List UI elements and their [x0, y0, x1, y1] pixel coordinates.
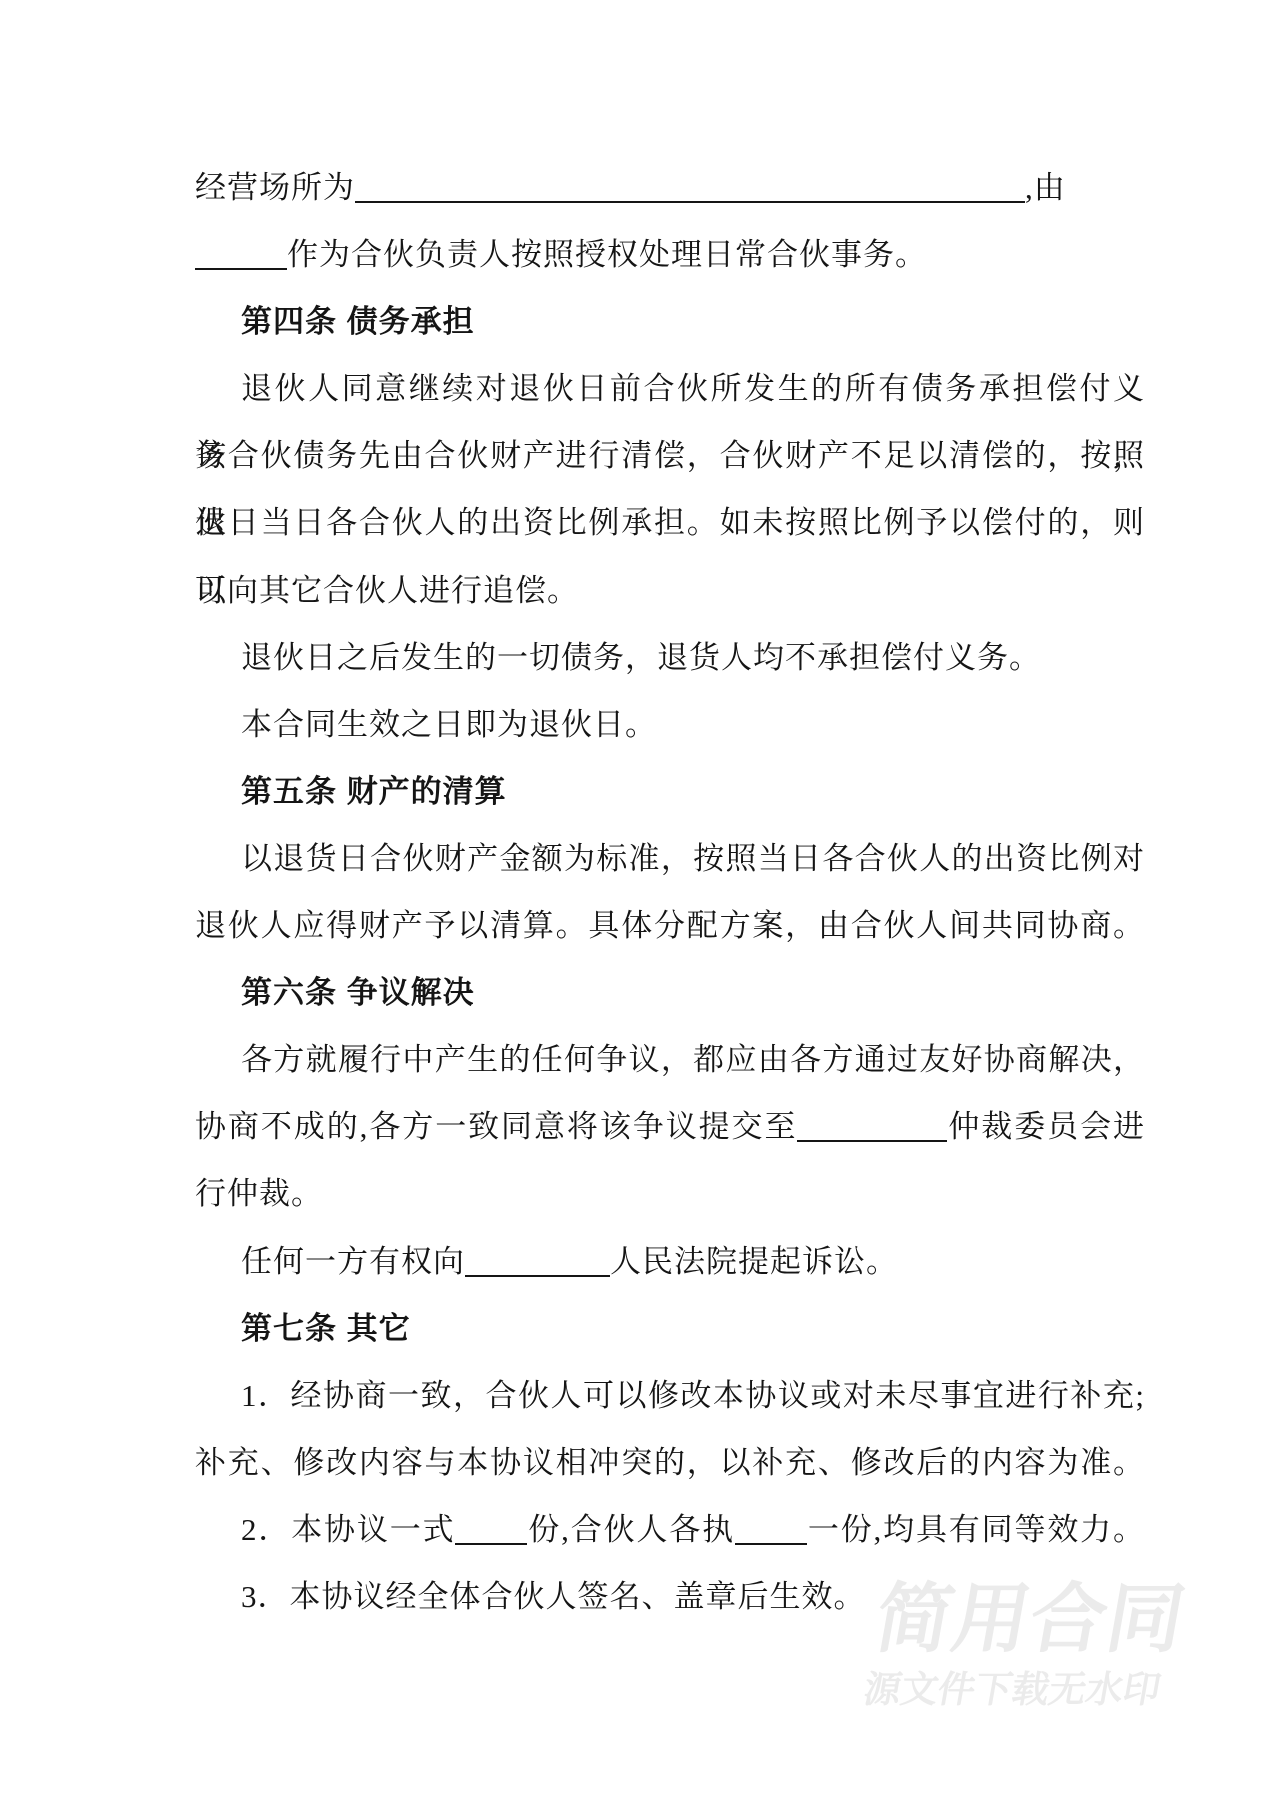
article4-para1-line4: 以向其它合伙人进行追偿。: [195, 557, 1145, 624]
contract-body: 经营场所为,由 作为合伙负责人按照授权处理日常合伙事务。 第四条 债务承担 退伙…: [195, 154, 1145, 1630]
arbitration-blank-field: [797, 1134, 947, 1142]
article7-item1-line1: 1．经协商一致，合伙人可以修改本协议或对未尽事宜进行补充;: [195, 1362, 1145, 1429]
article6-para2: 任何一方有权向人民法院提起诉讼。: [195, 1228, 1145, 1295]
copies-blank-field: [455, 1537, 527, 1545]
line-business-premises: 经营场所为,由: [195, 154, 1145, 221]
premises-label: 经营场所为: [195, 170, 355, 205]
manager-text: 作为合伙负责人按照授权处理日常合伙事务。: [287, 237, 927, 272]
article7-item1-line2: 补充、修改内容与本协议相冲突的，以补充、修改后的内容为准。: [195, 1429, 1145, 1496]
premises-suffix: ,由: [1025, 170, 1066, 205]
article4-para1-line3: 伙日当日各合伙人的出资比例承担。如未按照比例予以偿付的，则可: [195, 489, 1145, 556]
each-holds-blank-field: [735, 1537, 807, 1545]
court-blank-field: [465, 1268, 610, 1276]
copies-text-mid: 份,合伙人各执: [527, 1512, 735, 1547]
copies-text-after: 一份,均具有同等效力。: [807, 1512, 1145, 1547]
manager-blank-field: [195, 262, 287, 270]
copies-text-before: 2．本协议一式: [241, 1512, 455, 1547]
article6-para1-line3: 行仲裁。: [195, 1160, 1145, 1227]
article6-para1-line2: 协商不成的,各方一致同意将该争议提交至仲裁委员会进: [195, 1093, 1145, 1160]
article5-para1-line2: 退伙人应得财产予以清算。具体分配方案，由合伙人间共同协商。: [195, 892, 1145, 959]
document-page: 经营场所为,由 作为合伙负责人按照授权处理日常合伙事务。 第四条 债务承担 退伙…: [0, 0, 1280, 1810]
article4-para3: 本合同生效之日即为退伙日。: [195, 691, 1145, 758]
premises-blank-field: [355, 195, 1025, 203]
article4-para1-line2: 该合伙债务先由合伙财产进行清偿，合伙财产不足以清偿的，按照退: [195, 422, 1145, 489]
article4-heading: 第四条 债务承担: [195, 288, 1145, 355]
court-text-after: 人民法院提起诉讼。: [610, 1244, 898, 1279]
article6-heading: 第六条 争议解决: [195, 959, 1145, 1026]
article7-heading: 第七条 其它: [195, 1295, 1145, 1362]
article5-para1-line1: 以退货日合伙财产金额为标准，按照当日各合伙人的出资比例对: [195, 825, 1145, 892]
court-text-before: 任何一方有权向: [241, 1244, 465, 1279]
article4-para1-line1: 退伙人同意继续对退伙日前合伙所发生的所有债务承担偿付义务，: [195, 355, 1145, 422]
article7-item2: 2．本协议一式份,合伙人各执一份,均具有同等效力。: [195, 1496, 1145, 1563]
arbitration-text-before: 协商不成的,各方一致同意将该争议提交至: [195, 1109, 797, 1144]
watermark-tagline-text: 源文件下载无水印: [861, 1670, 1188, 1710]
article6-para1-line1: 各方就履行中产生的任何争议，都应由各方通过友好协商解决，: [195, 1026, 1145, 1093]
line-manager: 作为合伙负责人按照授权处理日常合伙事务。: [195, 221, 1145, 288]
article7-item3: 3．本协议经全体合伙人签名、盖章后生效。: [195, 1563, 1145, 1630]
arbitration-text-after: 仲裁委员会进: [947, 1109, 1145, 1144]
article4-para2: 退伙日之后发生的一切债务，退货人均不承担偿付义务。: [195, 624, 1145, 691]
article5-heading: 第五条 财产的清算: [195, 758, 1145, 825]
